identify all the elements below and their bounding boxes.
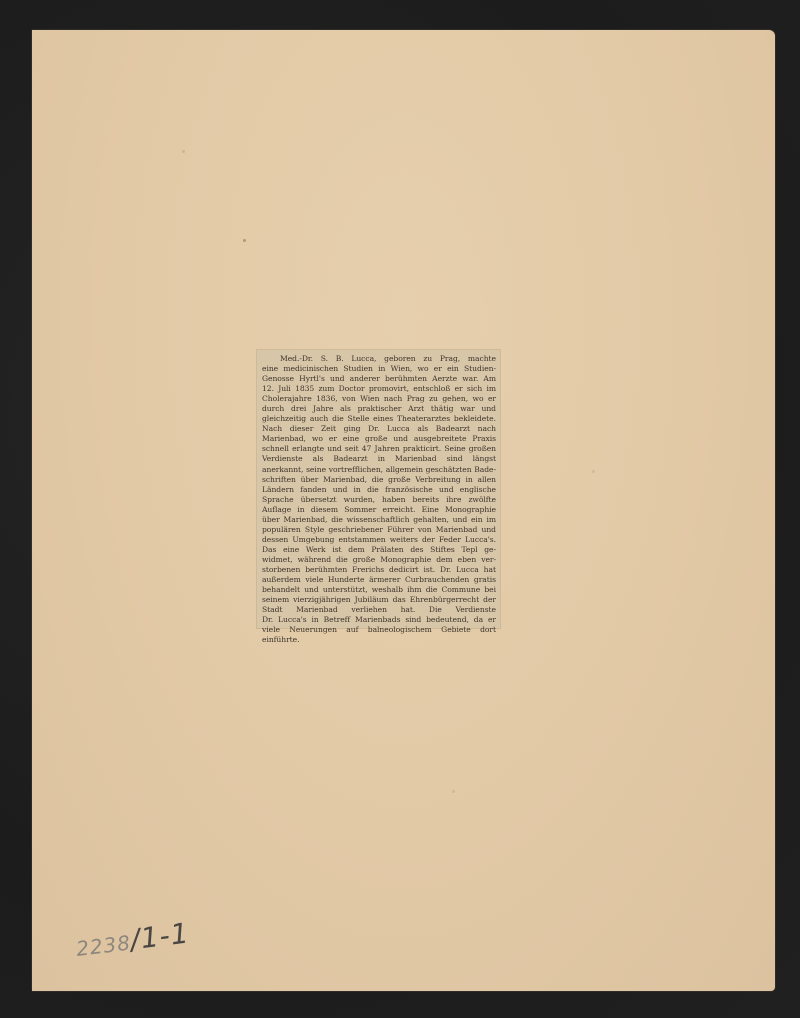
clipping-line: über Marienbad, die wissenschaftlich geh…: [262, 515, 496, 525]
clipping-line: Cholerajahre 1836, von Wien nach Prag zu…: [262, 394, 496, 404]
clipping-line: einführte.: [262, 635, 496, 645]
clipping-line: Dr. Lucca's in Betreff Marienbads sind b…: [262, 615, 496, 625]
clipping-line: behandelt und unterstützt, weshalb ihm d…: [262, 585, 496, 595]
paper-speck: [452, 790, 455, 793]
clipping-line: 12. Juli 1835 zum Doctor promovirt, ents…: [262, 384, 496, 394]
paper-speck: [182, 150, 185, 153]
clipping-line: Nach dieser Zeit ging Dr. Lucca als Bade…: [262, 424, 496, 434]
clipping-line: Marienbad, wo er eine große und ausgebre…: [262, 434, 496, 444]
clipping-line: Genosse Hyrtl's und anderer berühmten Ae…: [262, 374, 496, 384]
clipping-line: schriften über Marienbad, die große Verb…: [262, 475, 496, 485]
clipping-line: Med.-Dr. S. B. Lucca, geboren zu Prag, m…: [262, 354, 496, 364]
clipping-line: Auflage in diesem Sommer erreicht. Eine …: [262, 505, 496, 515]
clipping-line: eine medicinischen Studien in Wien, wo e…: [262, 364, 496, 374]
clipping-line: dessen Umgebung entstammen weiters der F…: [262, 535, 496, 545]
clipping-line: viele Neuerungen auf balneologischem Geb…: [262, 625, 496, 635]
clipping-line: anerkannt, seine vortrefflichen, allgeme…: [262, 465, 496, 475]
clipping-line: außerdem viele Hunderte ärmerer Curbrauc…: [262, 575, 496, 585]
clipping-line: Das eine Werk ist dem Prälaten des Stift…: [262, 545, 496, 555]
clipping-line: Sprache übersetzt wurden, haben bereits …: [262, 495, 496, 505]
newspaper-clipping: Med.-Dr. S. B. Lucca, geboren zu Prag, m…: [257, 350, 500, 628]
clipping-line: schnell erlangte und seit 47 Jahren prak…: [262, 444, 496, 454]
clipping-line: Verdienste als Badearzt in Marienbad sin…: [262, 454, 496, 464]
paper-speck: [243, 239, 246, 242]
paper-speck: [592, 470, 595, 473]
clipping-line: gleichzeitig auch die Stelle eines Theat…: [262, 414, 496, 424]
clipping-line: populären Style geschriebener Führer von…: [262, 525, 496, 535]
catalog-number-prefix: 2238: [75, 931, 132, 962]
clipping-line: Stadt Marienbad verliehen hat. Die Verdi…: [262, 605, 496, 615]
clipping-line: storbenen berühmten Frerichs dedicirt is…: [262, 565, 496, 575]
clipping-line: durch drei Jahre als praktischer Arzt th…: [262, 404, 496, 414]
clipping-line: Ländern fanden und in die französische u…: [262, 485, 496, 495]
clipping-article: Med.-Dr. S. B. Lucca, geboren zu Prag, m…: [262, 354, 496, 645]
clipping-line: seinem vierzigjährigen Jubiläum das Ehre…: [262, 595, 496, 605]
clipping-line: widmet, während die große Monographie de…: [262, 555, 496, 565]
